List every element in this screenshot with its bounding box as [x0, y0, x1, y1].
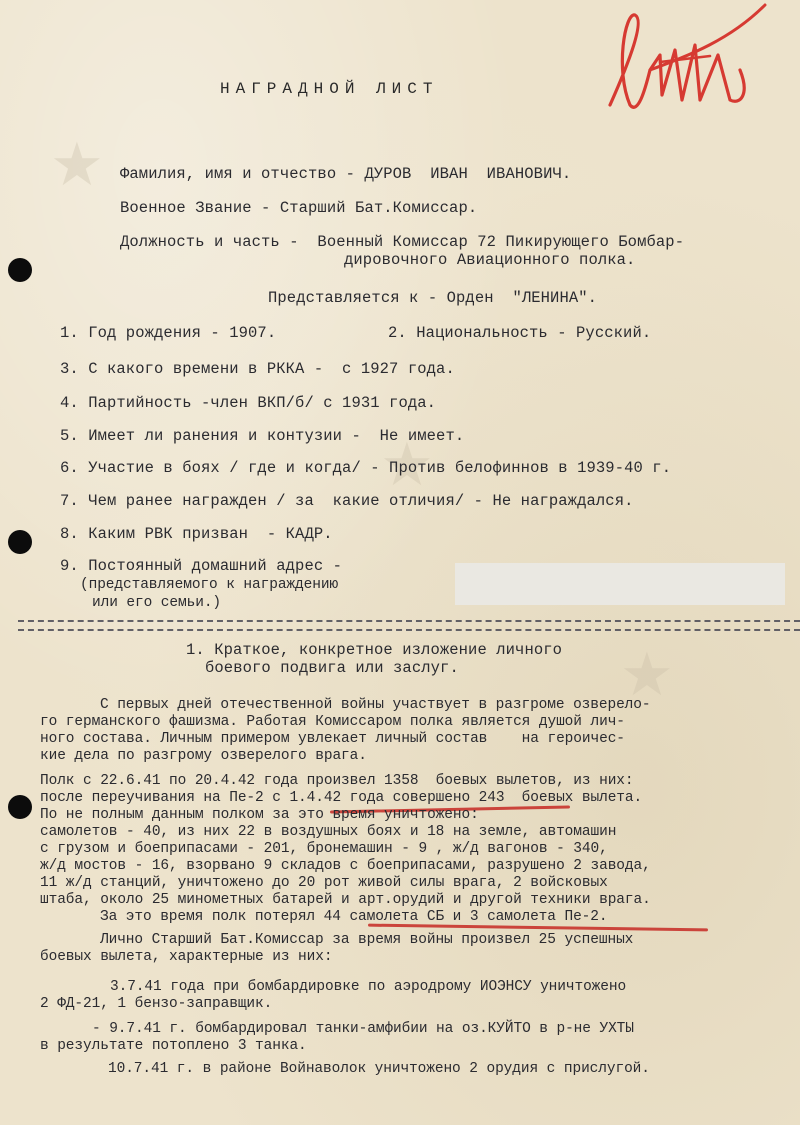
- body-line: За это время полк потерял 44 самолета СБ…: [100, 910, 607, 925]
- field-previous-awards: 7. Чем ранее награжден / за какие отличи…: [60, 494, 634, 510]
- redacted-address: [455, 563, 785, 605]
- body-line: после переучивания на Пе-2 с 1.4.42 года…: [40, 791, 642, 806]
- document-title: НАГРАДНОЙ ЛИСТ: [220, 80, 438, 98]
- separator-line: [18, 620, 800, 631]
- position-field: Должность и часть - Военный Комиссар 72 …: [120, 235, 684, 251]
- body-line: Лично Старший Бат.Комиссар за время войн…: [100, 933, 633, 948]
- body-line: По не полным данным полком за это время …: [40, 808, 479, 823]
- body-line: 3.7.41 года при бомбардировке по аэродро…: [110, 980, 626, 995]
- body-line: ного состава. Личным примером увлекает л…: [40, 732, 625, 747]
- red-signature-icon: [590, 0, 770, 120]
- field-battles: 6. Участие в боях / где и когда/ - Проти…: [60, 461, 671, 477]
- punch-hole: [8, 795, 32, 819]
- field-service-since: 3. С какого времени в РККА - с 1927 года…: [60, 362, 455, 378]
- position-field-cont: дировочного Авиационного полка.: [344, 253, 635, 269]
- body-line: ж/д мостов - 16, взорвано 9 складов с бо…: [40, 859, 651, 874]
- field-wounds: 5. Имеет ли ранения и контузии - Не имее…: [60, 429, 464, 445]
- watermark-star: ★: [50, 130, 104, 200]
- body-line: с грузом и боеприпасами - 201, бронемаши…: [40, 842, 608, 857]
- body-line: 10.7.41 г. в районе Войнаволок уничтожен…: [108, 1062, 650, 1077]
- body-line: 2 ФД-21, 1 бензо-заправщик.: [40, 997, 272, 1012]
- body-line: боевых вылета, характерные из них:: [40, 950, 332, 965]
- body-line: самолетов - 40, из них 22 в воздушных бо…: [40, 825, 616, 840]
- body-line: 11 ж/д станций, уничтожено до 20 рот жив…: [40, 876, 608, 891]
- body-line: кие дела по разгрому озверелого врага.: [40, 749, 367, 764]
- body-line: - 9.7.41 г. бомбардировал танки-амфибии …: [92, 1022, 634, 1037]
- body-line: в результате потоплено 3 танка.: [40, 1039, 307, 1054]
- rank-field: Военное Звание - Старший Бат.Комиссар.: [120, 201, 477, 217]
- field-party: 4. Партийность -член ВКП/б/ с 1931 года.: [60, 396, 436, 412]
- field-rvk: 8. Каким РВК призван - КАДР.: [60, 527, 333, 543]
- body-line: го германского фашизма. Работая Комиссар…: [40, 715, 625, 730]
- body-line: С первых дней отечественной войны участв…: [100, 698, 651, 713]
- body-line: Полк с 22.6.41 по 20.4.42 года произвел …: [40, 774, 634, 789]
- field-address: 9. Постоянный домашний адрес -: [60, 559, 342, 575]
- field-address-note: (представляемого к награждению: [80, 578, 338, 593]
- field-address-note-2: или его семьи.): [92, 596, 221, 611]
- field-birth-year: 1. Год рождения - 1907.: [60, 326, 276, 342]
- section-heading: 1. Краткое, конкретное изложение личного: [186, 643, 562, 659]
- award-field: Представляется к - Орден "ЛЕНИНА".: [268, 291, 597, 307]
- field-nationality: 2. Национальность - Русский.: [388, 326, 651, 342]
- body-line: штаба, около 25 минометных батарей и арт…: [40, 893, 651, 908]
- section-heading-cont: боевого подвига или заслуг.: [205, 661, 459, 677]
- name-field: Фамилия, имя и отчество - ДУРОВ ИВАН ИВА…: [120, 167, 571, 183]
- punch-hole: [8, 258, 32, 282]
- punch-hole: [8, 530, 32, 554]
